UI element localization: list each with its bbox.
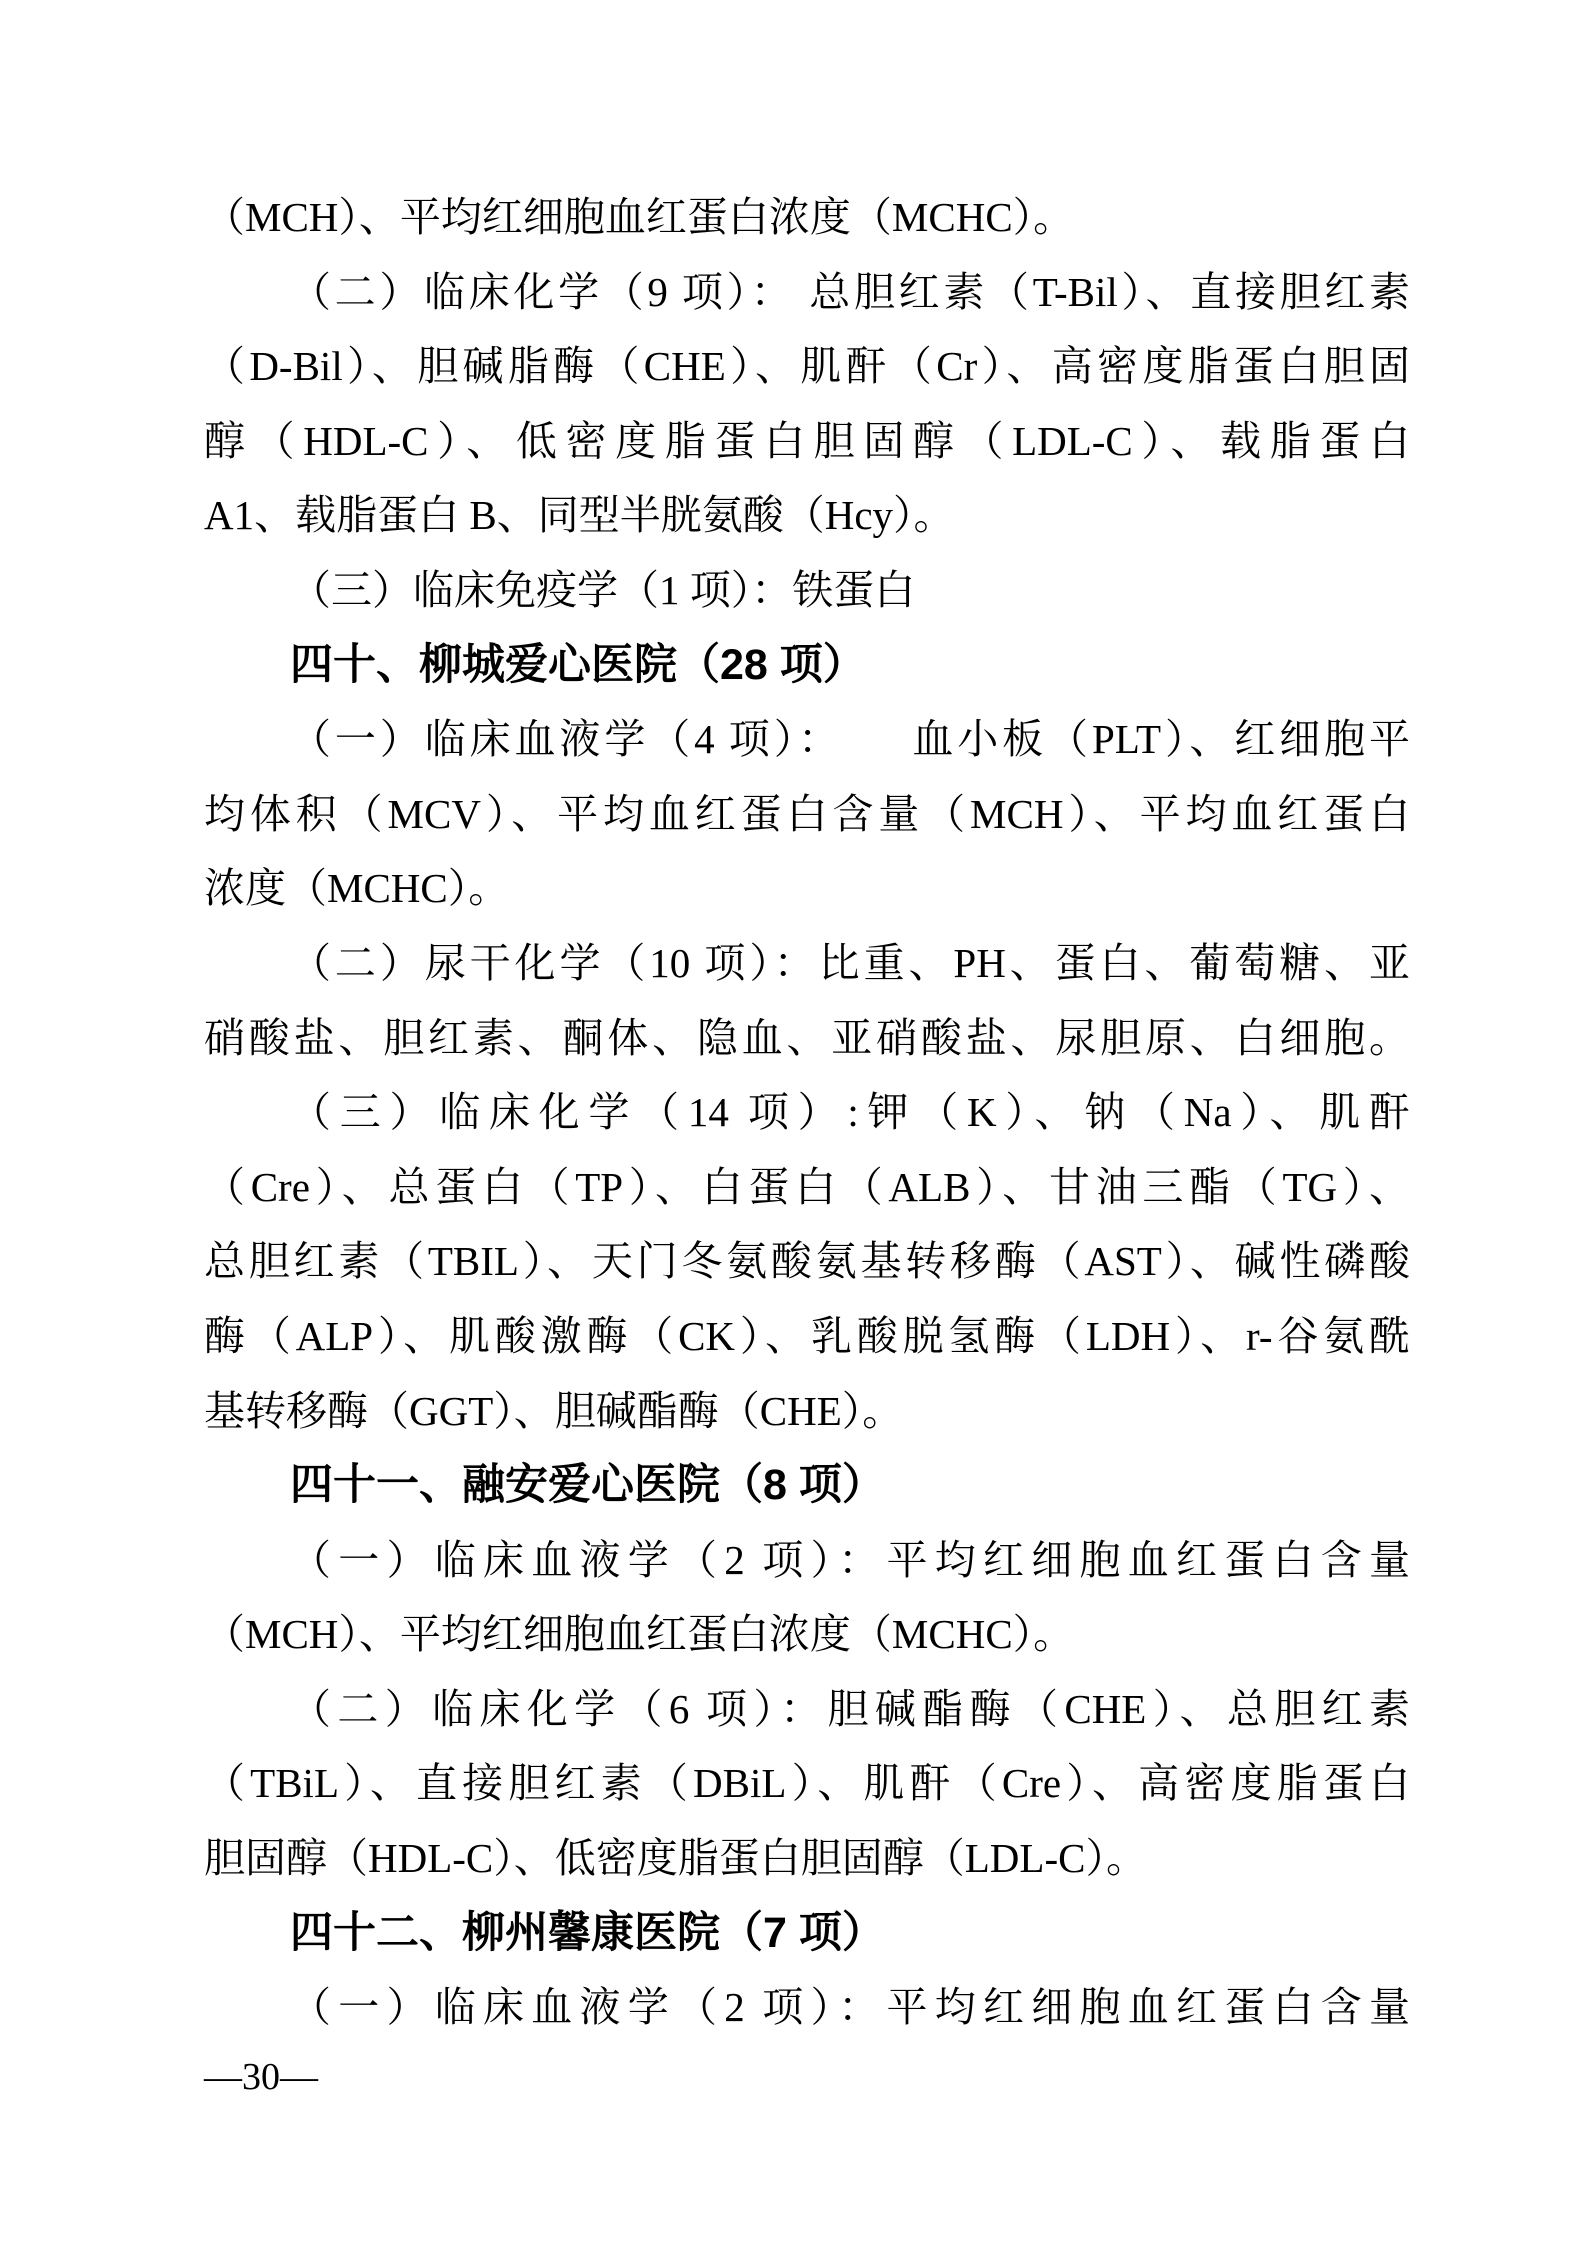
document-line: （一）临床血液学（4 项）： 血小板（PLT）、红细胞平 (204, 702, 1410, 777)
document-line: 均体积（MCV）、平均血红蛋白含量（MCH）、平均血红蛋白 (204, 777, 1410, 852)
document-line: 浓度（MCHC）。 (204, 851, 1410, 926)
document-body: （MCH）、平均红细胞血红蛋白浓度（MCHC）。（二）临床化学（9 项）： 总胆… (204, 180, 1410, 2045)
document-line: 酶（ALP）、肌酸激酶（CK）、乳酸脱氢酶（LDH）、r-谷氨酰 (204, 1299, 1410, 1374)
page-footer: —30— (204, 2052, 318, 2102)
document-line: （二）尿干化学（10 项）：比重、PH、蛋白、葡萄糖、亚 (204, 926, 1410, 1001)
document-line: （三）临床化学（14 项）:钾（K）、钠（Na）、肌酐 (204, 1075, 1410, 1150)
document-page: （MCH）、平均红细胞血红蛋白浓度（MCHC）。（二）临床化学（9 项）： 总胆… (0, 0, 1588, 2245)
document-line: （MCH）、平均红细胞血红蛋白浓度（MCHC）。 (204, 180, 1410, 255)
document-line: 四十一、融安爱心医院（8 项） (204, 1448, 1410, 1523)
document-line: （一）临床血液学（2 项）：平均红细胞血红蛋白含量 (204, 1523, 1410, 1598)
document-line: 四十二、柳州馨康医院（7 项） (204, 1896, 1410, 1971)
document-line: （三）临床免疫学（1 项）：铁蛋白 (204, 553, 1410, 628)
document-line: （TBiL）、直接胆红素（DBiL）、肌酐（Cre）、高密度脂蛋白 (204, 1746, 1410, 1821)
document-line: A1、载脂蛋白 B、同型半胱氨酸（Hcy）。 (204, 478, 1410, 553)
document-line: 四十、柳城爱心医院（28 项） (204, 628, 1410, 703)
document-line: 基转移酶（GGT）、胆碱酯酶（CHE）。 (204, 1374, 1410, 1449)
document-line: 硝酸盐、胆红素、酮体、隐血、亚硝酸盐、尿胆原、白细胞。 (204, 1001, 1410, 1076)
page-number: —30— (204, 2056, 318, 2098)
document-line: （Cre）、总蛋白（TP）、白蛋白（ALB）、甘油三酯（TG）、 (204, 1150, 1410, 1225)
document-line: （一）临床血液学（2 项）：平均红细胞血红蛋白含量 (204, 1970, 1410, 2045)
document-line: （二）临床化学（9 项）： 总胆红素（T-Bil）、直接胆红素 (204, 255, 1410, 330)
document-line: 总胆红素（TBIL）、天门冬氨酸氨基转移酶（AST）、碱性磷酸 (204, 1224, 1410, 1299)
document-line: （D-Bil）、胆碱脂酶（CHE）、肌酐（Cr）、高密度脂蛋白胆固 (204, 329, 1410, 404)
document-line: 醇（HDL-C）、低密度脂蛋白胆固醇（LDL-C）、载脂蛋白 (204, 404, 1410, 479)
document-line: （MCH）、平均红细胞血红蛋白浓度（MCHC）。 (204, 1597, 1410, 1672)
document-line: （二）临床化学（6 项）：胆碱酯酶（CHE）、总胆红素 (204, 1672, 1410, 1747)
document-line: 胆固醇（HDL-C）、低密度脂蛋白胆固醇（LDL-C）。 (204, 1821, 1410, 1896)
